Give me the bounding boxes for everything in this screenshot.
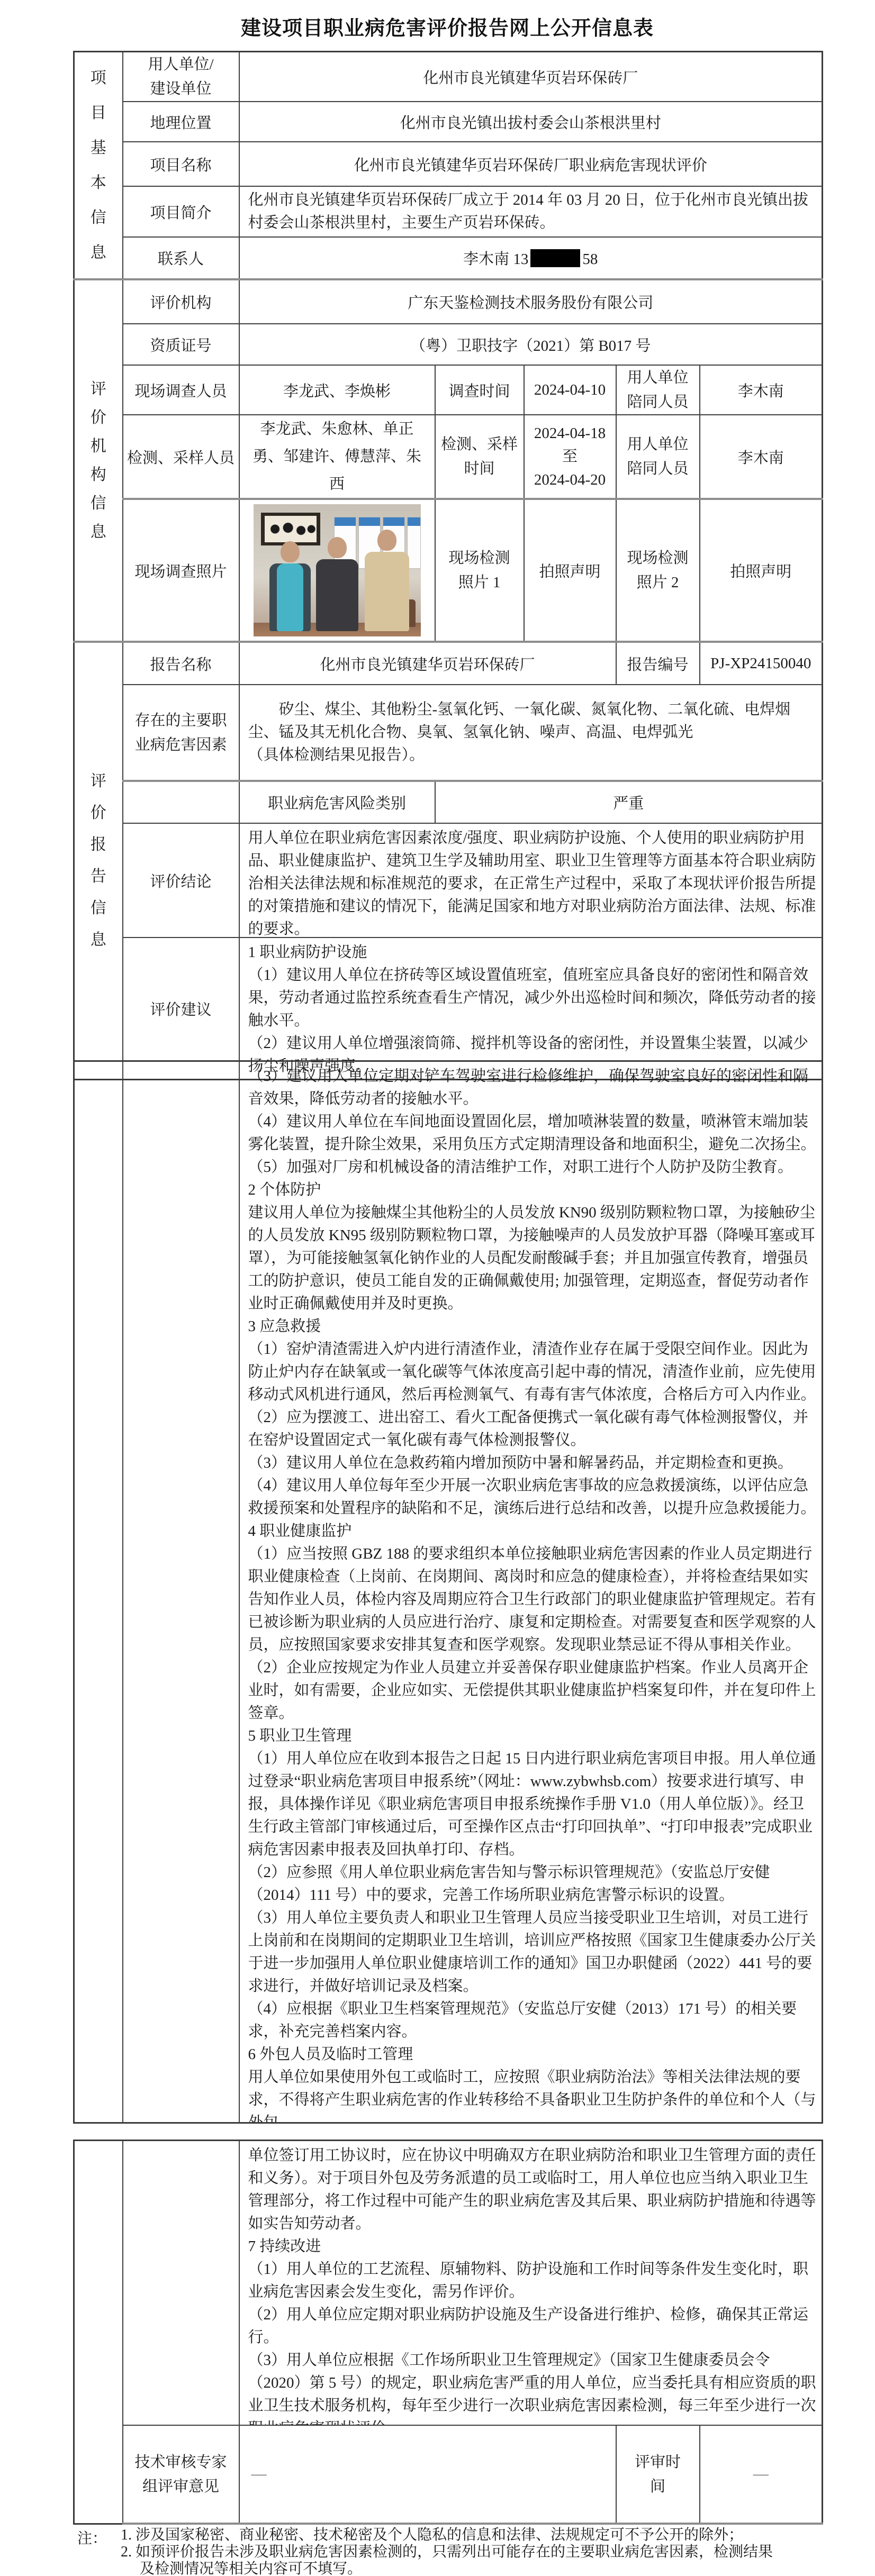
conclusion-label: 评价结论 [123,823,239,937]
review-time-value: — [700,2425,823,2524]
project-intro-value: 化州市良光镇建华页岩环保砖厂成立于 2014 年 03 月 20 日，位于化州市… [239,186,823,237]
table-row: 现场调查人员 李龙武、李焕彬 调查时间 2024-04-10 用人单位 陪同人员… [74,365,823,415]
section-label-project: 项目基本信息 [75,61,122,270]
cert-no-value: （粤）卫职技字（2021）第 B017 号 [239,324,823,365]
main-table-segment-3: 单位签订用工协议时，应在协议中明确双方在职业病防治和职业卫生管理方面的责任和义务… [73,2140,823,2525]
report-no-label: 报告编号 [616,642,700,685]
table-row: 检测、采样人员 李龙武、朱愈林、单正勇、邹建许、傅慧萍、朱西 检测、采样 时间 … [74,415,823,499]
phone-redaction-box [530,249,580,267]
contact-label: 联系人 [123,237,239,279]
page-title: 建设项目职业病危害评价报告网上公开信息表 [73,12,822,41]
inspect-photo1-statement: 拍照声明 [524,499,616,642]
table-row: 地理位置 化州市良光镇出拔村委会山茶根洪里村 [74,102,823,142]
main-table-segment-1: 项目基本信息 用人单位/ 建设单位 化州市良光镇建华页岩环保砖厂 地理位置 化州… [73,51,823,1080]
survey-time-label: 调查时间 [435,365,524,415]
hazards-value: 矽尘、煤尘、其他粉尘-氢氧化钙、一氧化碳、氮氧化物、二氧化硫、电焊烟尘、锰及其无… [239,685,823,781]
project-name-label: 项目名称 [123,142,239,186]
project-name-value: 化州市良光镇建华页岩环保砖厂职业病危害现状评价 [239,142,823,186]
table-row: （3）建议用人单位定期对铲车驾驶室进行检修维护，确保驾驶室良好的密闭性和隔音效果… [74,1061,823,2123]
table-row: 评价报告信息 报告名称 化州市良光镇建华页岩环保砖厂 报告编号 PJ-XP241… [74,642,823,685]
site-photo-cell [239,499,435,642]
sampling-staff-value: 李龙武、朱愈林、单正勇、邹建许、傅慧萍、朱西 [239,415,435,499]
table-row: 单位签订用工协议时，应在协议中明确双方在职业病防治和职业卫生管理方面的责任和义务… [74,2141,823,2426]
suggestion-value-part1: 1 职业病防护设施（1）建议用人单位在挤砖等区域设置值班室，值班室应具备良好的密… [239,937,823,1080]
section-label-agency: 评价机构信息 [75,375,122,547]
table-row: 存在的主要职 业病危害因素 矽尘、煤尘、其他粉尘-氢氧化钙、一氧化碳、氮氧化物、… [74,685,823,781]
inspect-photo2-label: 现场检测 照片 2 [616,499,700,642]
survey-time-value: 2024-04-10 [524,365,616,415]
project-intro-label: 项目简介 [123,186,239,237]
location-value: 化州市良光镇出拔村委会山茶根洪里村 [239,102,823,142]
table-row: 现场调查照片 现场检测 照片 1 拍照声明 [74,499,823,642]
calligraphy-frame [261,513,320,545]
footnote-marker: 注： [77,2527,107,2548]
employer-value: 化州市良光镇建华页岩环保砖厂 [239,52,823,102]
agency-label: 评价机构 [123,279,239,324]
inspect-photo2-statement: 拍照声明 [700,499,823,642]
table-row: 项目名称 化州市良光镇建华页岩环保砖厂职业病危害现状评价 [74,142,823,186]
table-row: 评价机构信息 评价机构 广东天鉴检测技术服务股份有限公司 [74,279,823,324]
agency-value: 广东天鉴检测技术服务股份有限公司 [239,279,823,324]
report-name-value: 化州市良光镇建华页岩环保砖厂 [239,642,616,685]
review-time-label: 评审时 间 [616,2425,700,2524]
section-report-info: 评价报告信息 [74,642,123,1080]
inspect-photo1-label: 现场检测 照片 1 [435,499,524,642]
expert-review-label: 技术审核专家 组评审意见 [123,2425,239,2524]
section-agency-info: 评价机构信息 [74,279,123,642]
suggestion-value-part3: 单位签订用工协议时，应在协议中明确双方在职业病防治和职业卫生管理方面的责任和义务… [239,2141,823,2426]
footnote-line-1: 1. 涉及国家秘密、商业秘密、技术秘密及个人隐私的信息和法律、法规规定可不予公开… [121,2527,818,2544]
table-row: 职业病危害风险类别 严重 [74,781,823,823]
footnotes: 注： 1. 涉及国家秘密、商业秘密、技术秘密及个人隐私的信息和法律、法规规定可不… [77,2527,818,2576]
person-left [269,541,311,631]
table-row: 资质证号 （粤）卫职技字（2021）第 B017 号 [74,324,823,365]
empty-label-cell [123,1061,239,2123]
suggestion-value-part2: （3）建议用人单位定期对铲车驾驶室进行检修维护，确保驾驶室良好的密闭性和隔音效果… [239,1061,823,2123]
empty-cell [123,781,239,823]
site-photo-label: 现场调查照片 [123,499,239,642]
site-photo [254,504,421,636]
empty-section-cell [74,1061,123,2123]
sampling-time-label: 检测、采样 时间 [435,415,524,499]
expert-review-value: — [239,2425,616,2524]
survey-staff-value: 李龙武、李焕彬 [239,365,435,415]
section-label-report: 评价报告信息 [75,766,122,956]
risk-category-label: 职业病危害风险类别 [239,781,435,823]
sampling-staff-label: 检测、采样人员 [123,415,239,499]
footnote-line-2: 2. 如预评价报告未涉及职业病危害因素检测的，只需列出可能存在的主要职业病危害因… [121,2544,818,2561]
survey-staff-label: 现场调查人员 [123,365,239,415]
empty-section-cell [74,2141,123,2524]
report-name-label: 报告名称 [123,642,239,685]
table-row: 评价结论 用人单位在职业病危害因素浓度/强度、职业病防护设施、个人使用的职业病防… [74,823,823,937]
footnote-line-3: 及检测情况等相关内容可不填写。 [140,2561,818,2576]
accompany-label-1: 用人单位 陪同人员 [616,365,700,415]
accompany-label-2: 用人单位 陪同人员 [616,415,700,499]
conclusion-value: 用人单位在职业病危害因素浓度/强度、职业病防护设施、个人使用的职业病防护用品、职… [239,823,823,937]
table-row: 技术审核专家 组评审意见 — 评审时 间 — [74,2425,823,2524]
person-middle [316,537,358,631]
hazards-label: 存在的主要职 业病危害因素 [123,685,239,781]
empty-label-cell [123,2141,239,2426]
accompany-value-1: 李木南 [700,365,823,415]
table-row: 项目基本信息 用人单位/ 建设单位 化州市良光镇建华页岩环保砖厂 [74,52,823,102]
employer-label: 用人单位/ 建设单位 [123,52,239,102]
accompany-value-2: 李木南 [700,415,823,499]
table-row: 联系人 李木南 1358 [74,237,823,279]
main-table-segment-2: （3）建议用人单位定期对铲车驾驶室进行检修维护，确保驾驶室良好的密闭性和隔音效果… [73,1060,823,2124]
risk-category-value: 严重 [435,781,823,823]
sampling-time-value: 2024-04-18 至 2024-04-20 [524,415,616,499]
location-label: 地理位置 [123,102,239,142]
table-row: 评价建议 1 职业病防护设施（1）建议用人单位在挤砖等区域设置值班室，值班室应具… [74,937,823,1080]
contact-value: 李木南 1358 [239,237,823,279]
suggestion-label: 评价建议 [123,937,239,1080]
person-right [365,530,409,631]
cert-no-label: 资质证号 [123,324,239,365]
report-no-value: PJ-XP24150040 [700,642,823,685]
section-project-basic-info: 项目基本信息 [74,52,123,280]
table-row: 项目简介 化州市良光镇建华页岩环保砖厂成立于 2014 年 03 月 20 日，… [74,186,823,237]
